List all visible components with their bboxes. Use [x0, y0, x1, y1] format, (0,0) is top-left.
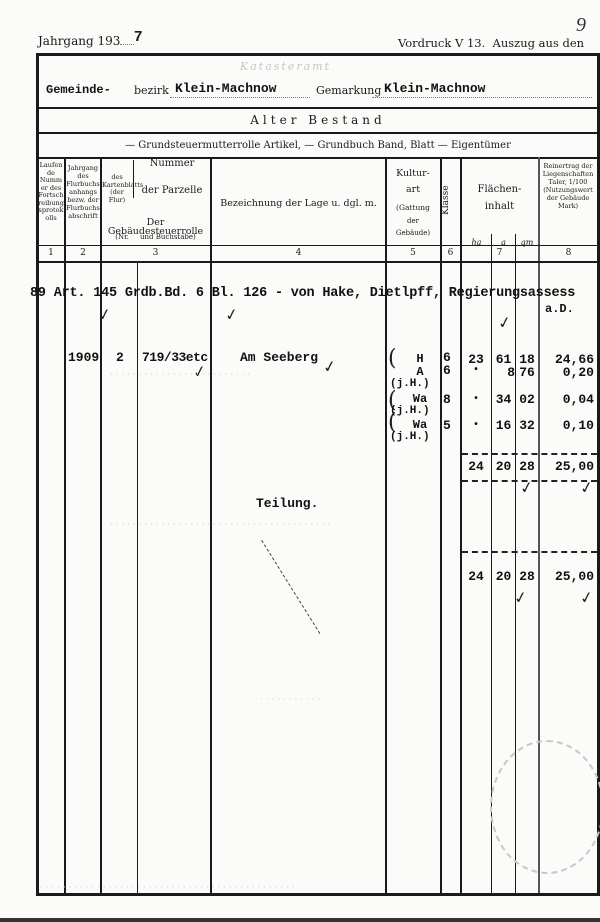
col-line-1 [64, 157, 66, 893]
kultur-row-5: (j.H.) [390, 405, 430, 417]
diagonal-strike [261, 540, 320, 634]
header-bottom [36, 261, 600, 263]
checkmark-icon: ✓ [578, 587, 595, 608]
col-line-6 [460, 157, 462, 893]
col-number-1: 1 [38, 248, 64, 258]
col2-header: Jahrgang des Flurbuchsanhangs bezw. der … [66, 164, 100, 220]
col7-sub-ha: ha [462, 239, 491, 248]
bleed-through-text: · · · · · · · · · · · · · · · · · · · · … [110, 520, 330, 530]
frame-bottom [36, 893, 600, 896]
section-title: Alter Bestand [0, 113, 600, 127]
entry-note: Teilung. [256, 496, 318, 511]
col-number-7: 7 [461, 248, 538, 258]
qm-row-4: 02 [516, 392, 538, 407]
bleed-through-text: · · · · · · · · · · · · · · · · · · · · … [110, 370, 250, 380]
total-a: 20 [492, 569, 515, 584]
kultur-row-3: (j.H.) [390, 378, 430, 390]
bleed-through-text: · · · · · · · · · · · · · · · · · · · · … [40, 883, 295, 893]
klasse-row-6: 5 [443, 418, 451, 433]
brace-1: ( [388, 348, 397, 370]
col3-header-top: Nummer [134, 160, 210, 169]
owner-line: 89 Art. 145 Grdb.Bd. 6 Bl. 126 - von Hak… [30, 286, 575, 301]
ertrag-row-4: 0,04 [540, 392, 594, 407]
owner-suffix: a.D. [545, 302, 574, 316]
ha-row-6: • [462, 420, 490, 431]
checkmark-icon: ✓ [96, 304, 113, 325]
subtitle: — Grundsteuermutterrolle Artikel, — Grun… [36, 140, 600, 151]
col3-header-bottom2: (Nr. und Buchstabe) [101, 233, 210, 242]
kultur-row-6: Wa [402, 418, 438, 432]
col6-header: Klasse [441, 185, 451, 215]
jahrgang-value: 7 [134, 28, 142, 45]
col-number-5: 5 [386, 248, 440, 258]
divider-3 [36, 157, 600, 159]
col-number-4: 4 [212, 248, 385, 258]
qm-row-2: 76 [516, 365, 538, 380]
kultur-row-1: H [402, 352, 438, 366]
col-number-3: 3 [101, 248, 210, 258]
col7-header-2: inhalt [461, 203, 538, 212]
ha-row-2: • [462, 365, 490, 376]
col-line-4 [385, 157, 387, 893]
total-qm: 28 [516, 569, 538, 584]
col-number-2: 2 [66, 248, 100, 258]
col5-header-4: der [386, 217, 440, 226]
qm-row-6: 32 [516, 418, 538, 433]
col7-header-1: Flächen- [461, 186, 538, 195]
col7-sub-qm: qm [516, 239, 538, 248]
ertrag-row-6: 0,10 [540, 418, 594, 433]
col-number-8: 8 [540, 248, 597, 258]
bezirk-label: bezirk [134, 84, 169, 97]
klasse-row-2: 6 [443, 363, 451, 378]
subtotal-ertrag: 25,00 [540, 459, 594, 474]
divider-1 [36, 107, 600, 109]
col4-header: Bezeichnung der Lage u. dgl. m. [212, 200, 385, 209]
gemarkung-value: Klein-Machnow [384, 81, 485, 96]
jahrgang-label: Jahrgang 193 [38, 34, 134, 48]
checkmark-icon: ✓ [496, 312, 513, 333]
frame-top [36, 53, 600, 56]
col3-header-b: der Parzelle [134, 187, 210, 196]
col1-header: Laufende Nummer des Fortschreibungsproto… [38, 162, 64, 222]
klasse-row-4: 8 [443, 392, 451, 407]
a-row-6: 16 [492, 418, 515, 433]
gemeinde-underline [170, 97, 310, 98]
col-line-5 [440, 157, 442, 893]
col5-header-3: (Gattung [386, 204, 440, 213]
bleed-through-text: · · · · · · · · · · · [260, 695, 320, 705]
col5-header-5: Gebäude) [386, 229, 440, 238]
jahrgang-label-text: Jahrgang 193 [38, 34, 120, 48]
kultur-row-4: Wa [402, 392, 438, 406]
gemeinde-value: Klein-Machnow [175, 81, 276, 96]
col3-header-a: des Kartenblatts (der Flur) [102, 174, 132, 204]
col5-header-2: art [386, 186, 440, 195]
page-edge [0, 918, 600, 922]
divider-2 [36, 132, 600, 134]
page-number: 9 [576, 14, 586, 37]
faint-stamp-text: Katasteramt [240, 60, 331, 73]
total-ha: 24 [462, 569, 490, 584]
gemarkung-underline [372, 97, 592, 98]
ha-row-4: • [462, 394, 490, 405]
entry-year: 1909 [68, 350, 99, 365]
col-line-3a [137, 262, 138, 893]
a-row-4: 34 [492, 392, 515, 407]
col-line-2 [100, 157, 102, 893]
gemarkung-label: Gemarkung [316, 84, 381, 97]
entry-lage: Am Seeberg [240, 350, 318, 365]
col5-header-1: Kultur- [386, 170, 440, 179]
subtotal-ha: 24 [462, 459, 490, 474]
a-row-2: 8 [492, 365, 515, 380]
checkmark-icon: ✓ [223, 304, 240, 325]
ertrag-row-2: 0,20 [540, 365, 594, 380]
kultur-row-2: A [402, 365, 438, 379]
subtotal-qm: 28 [516, 459, 538, 474]
total-ertrag: 25,00 [540, 569, 594, 584]
subtotal-a: 20 [492, 459, 515, 474]
entry-flur: 2 [116, 350, 124, 365]
vordruck-label: Vordruck V 13. Auszug aus den [398, 36, 584, 50]
col8-header: Reinertrag der Liegenschaften Taler, 1/1… [540, 162, 596, 210]
subtotal-dash-top [462, 453, 597, 455]
checkmark-icon: ✓ [321, 356, 338, 377]
col7-sub-a: a [492, 239, 515, 248]
total-dash-top [462, 551, 597, 553]
checkmark-icon: ✓ [512, 587, 529, 608]
faint-stamp-icon [490, 740, 600, 874]
header-number-divider [36, 245, 600, 246]
gemeinde-label: Gemeinde- [46, 83, 111, 97]
kultur-row-7: (j.H.) [390, 431, 430, 443]
col-number-6: 6 [441, 248, 460, 258]
